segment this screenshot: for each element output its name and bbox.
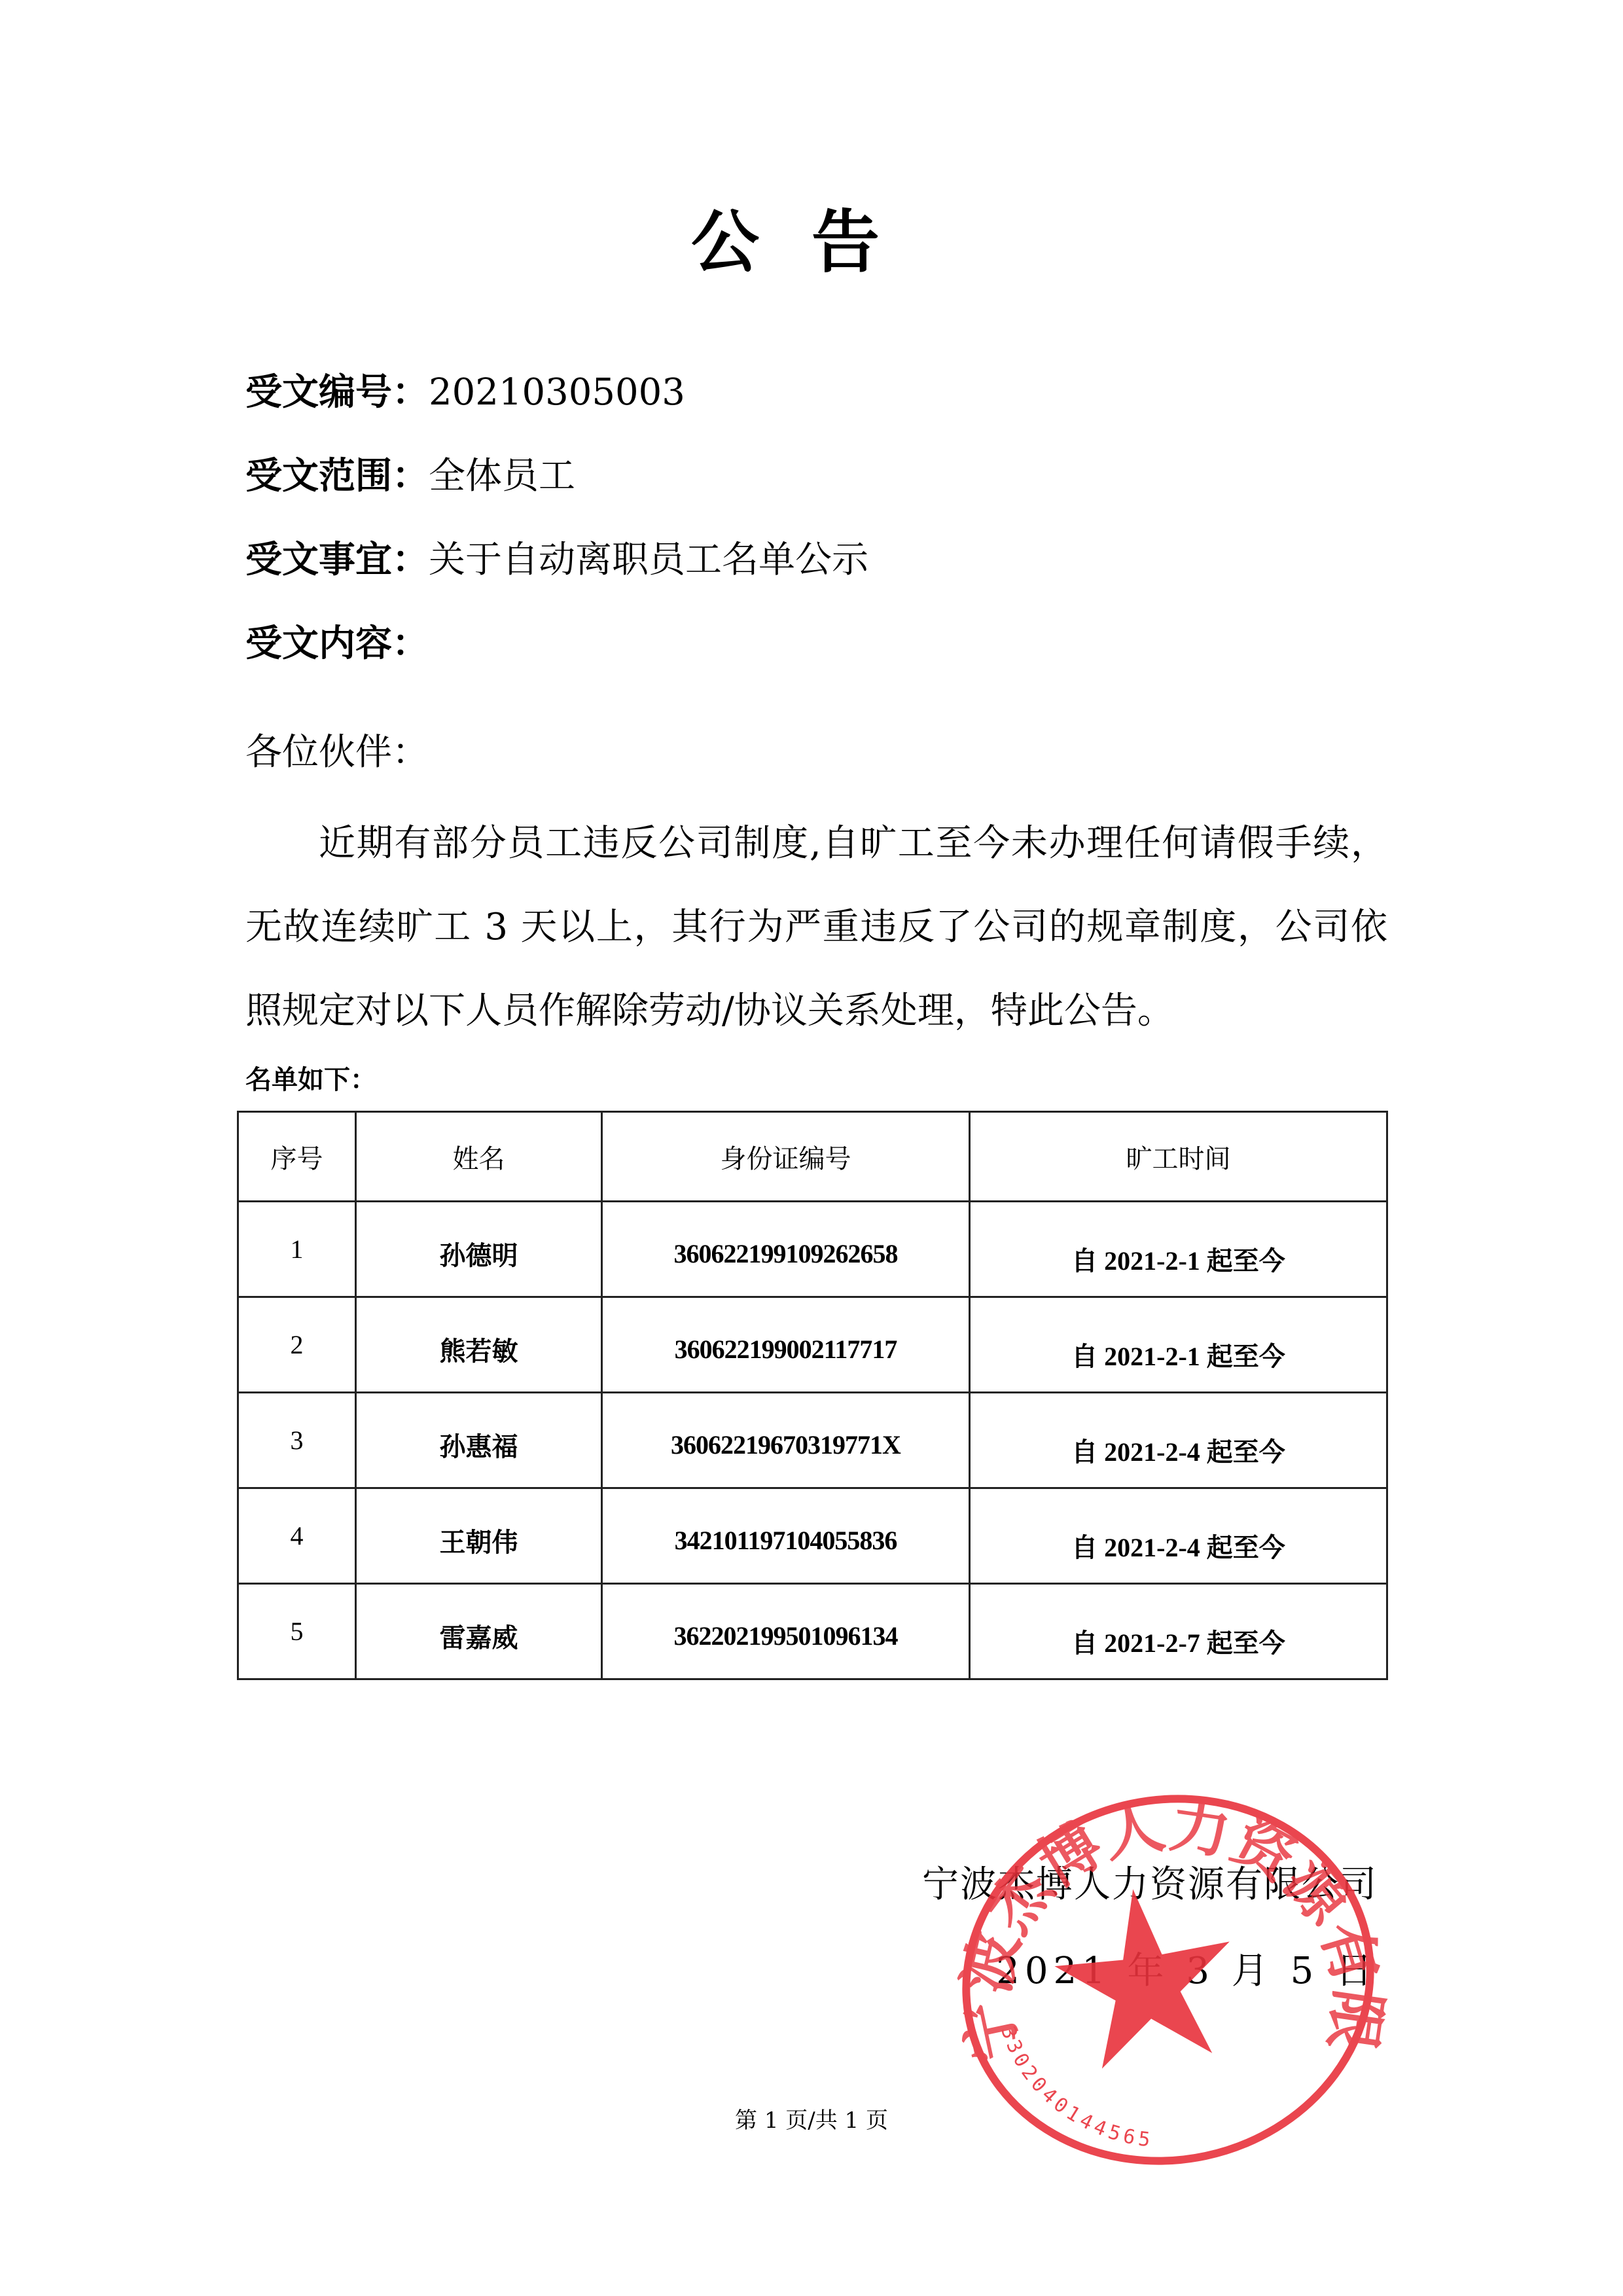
cell-no: 4 bbox=[238, 1488, 356, 1584]
field-content: 受文内容： bbox=[245, 618, 429, 670]
cell-id: 362202199501096134 bbox=[602, 1584, 970, 1679]
cell-no: 3 bbox=[238, 1393, 356, 1488]
employee-table: 序号 姓名 身份证编号 旷工时间 1 孙德明 36062219910926265… bbox=[237, 1111, 1388, 1680]
greeting: 各位伙伴： bbox=[245, 726, 429, 779]
cell-time: 自 2021-2-1 起至今 bbox=[970, 1297, 1387, 1393]
field-doc-number: 受文编号：20210305003 bbox=[245, 367, 685, 419]
field-value: 关于自动离职员工名单公示 bbox=[429, 539, 868, 581]
field-label: 受文事宜： bbox=[245, 539, 429, 581]
cell-name: 王朝伟 bbox=[356, 1488, 602, 1584]
signature-date: 2021 年 3 月 5 日 bbox=[996, 1945, 1378, 1998]
page-footer: 第 1 页/共 1 页 bbox=[0, 2106, 1623, 2135]
cell-name: 孙德明 bbox=[356, 1202, 602, 1297]
cell-name: 雷嘉威 bbox=[356, 1584, 602, 1679]
field-subject: 受文事宜：关于自动离职员工名单公示 bbox=[245, 534, 868, 586]
header-time: 旷工时间 bbox=[970, 1112, 1387, 1202]
cell-time: 自 2021-2-4 起至今 bbox=[970, 1393, 1387, 1488]
cell-no: 2 bbox=[238, 1297, 356, 1393]
table-row: 1 孙德明 360622199109262658 自 2021-2-1 起至今 bbox=[238, 1202, 1387, 1297]
field-scope: 受文范围：全体员工 bbox=[245, 450, 575, 503]
cell-id: 360622199109262658 bbox=[602, 1202, 970, 1297]
cell-time: 自 2021-2-7 起至今 bbox=[970, 1584, 1387, 1679]
table-row: 2 熊若敏 360622199002117717 自 2021-2-1 起至今 bbox=[238, 1297, 1387, 1393]
cell-time: 自 2021-2-4 起至今 bbox=[970, 1488, 1387, 1584]
cell-id: 36062219670319771X bbox=[602, 1393, 970, 1488]
cell-time: 自 2021-2-1 起至今 bbox=[970, 1202, 1387, 1297]
field-value: 20210305003 bbox=[429, 371, 685, 414]
cell-id: 360622199002117717 bbox=[602, 1297, 970, 1393]
table-row: 5 雷嘉威 362202199501096134 自 2021-2-7 起至今 bbox=[238, 1584, 1387, 1679]
field-label: 受文范围： bbox=[245, 455, 429, 497]
page-title: 公告 bbox=[0, 196, 1623, 288]
header-no: 序号 bbox=[238, 1112, 356, 1202]
company-signature: 宁波杰博人力资源有限公司 bbox=[922, 1859, 1378, 1911]
body-paragraph: 近期有部分员工违反公司制度,自旷工至今未办理任何请假手续，无故连续旷工 3 天以… bbox=[245, 802, 1387, 1053]
list-heading: 名单如下： bbox=[245, 1064, 376, 1096]
field-label: 受文编号： bbox=[245, 371, 429, 414]
svg-text:宁波杰博人力资源有限公司: 宁波杰博人力资源有限公司 bbox=[942, 1780, 1394, 2068]
table-row: 4 王朝伟 342101197104055836 自 2021-2-4 起至今 bbox=[238, 1488, 1387, 1584]
field-value: 全体员工 bbox=[429, 455, 575, 497]
table-row: 3 孙惠福 36062219670319771X 自 2021-2-4 起至今 bbox=[238, 1393, 1387, 1488]
table-header-row: 序号 姓名 身份证编号 旷工时间 bbox=[238, 1112, 1387, 1202]
field-label: 受文内容： bbox=[245, 622, 429, 665]
cell-no: 1 bbox=[238, 1202, 356, 1297]
cell-name: 熊若敏 bbox=[356, 1297, 602, 1393]
cell-name: 孙惠福 bbox=[356, 1393, 602, 1488]
cell-id: 342101197104055836 bbox=[602, 1488, 970, 1584]
header-name: 姓名 bbox=[356, 1112, 602, 1202]
cell-no: 5 bbox=[238, 1584, 356, 1679]
header-id: 身份证编号 bbox=[602, 1112, 970, 1202]
